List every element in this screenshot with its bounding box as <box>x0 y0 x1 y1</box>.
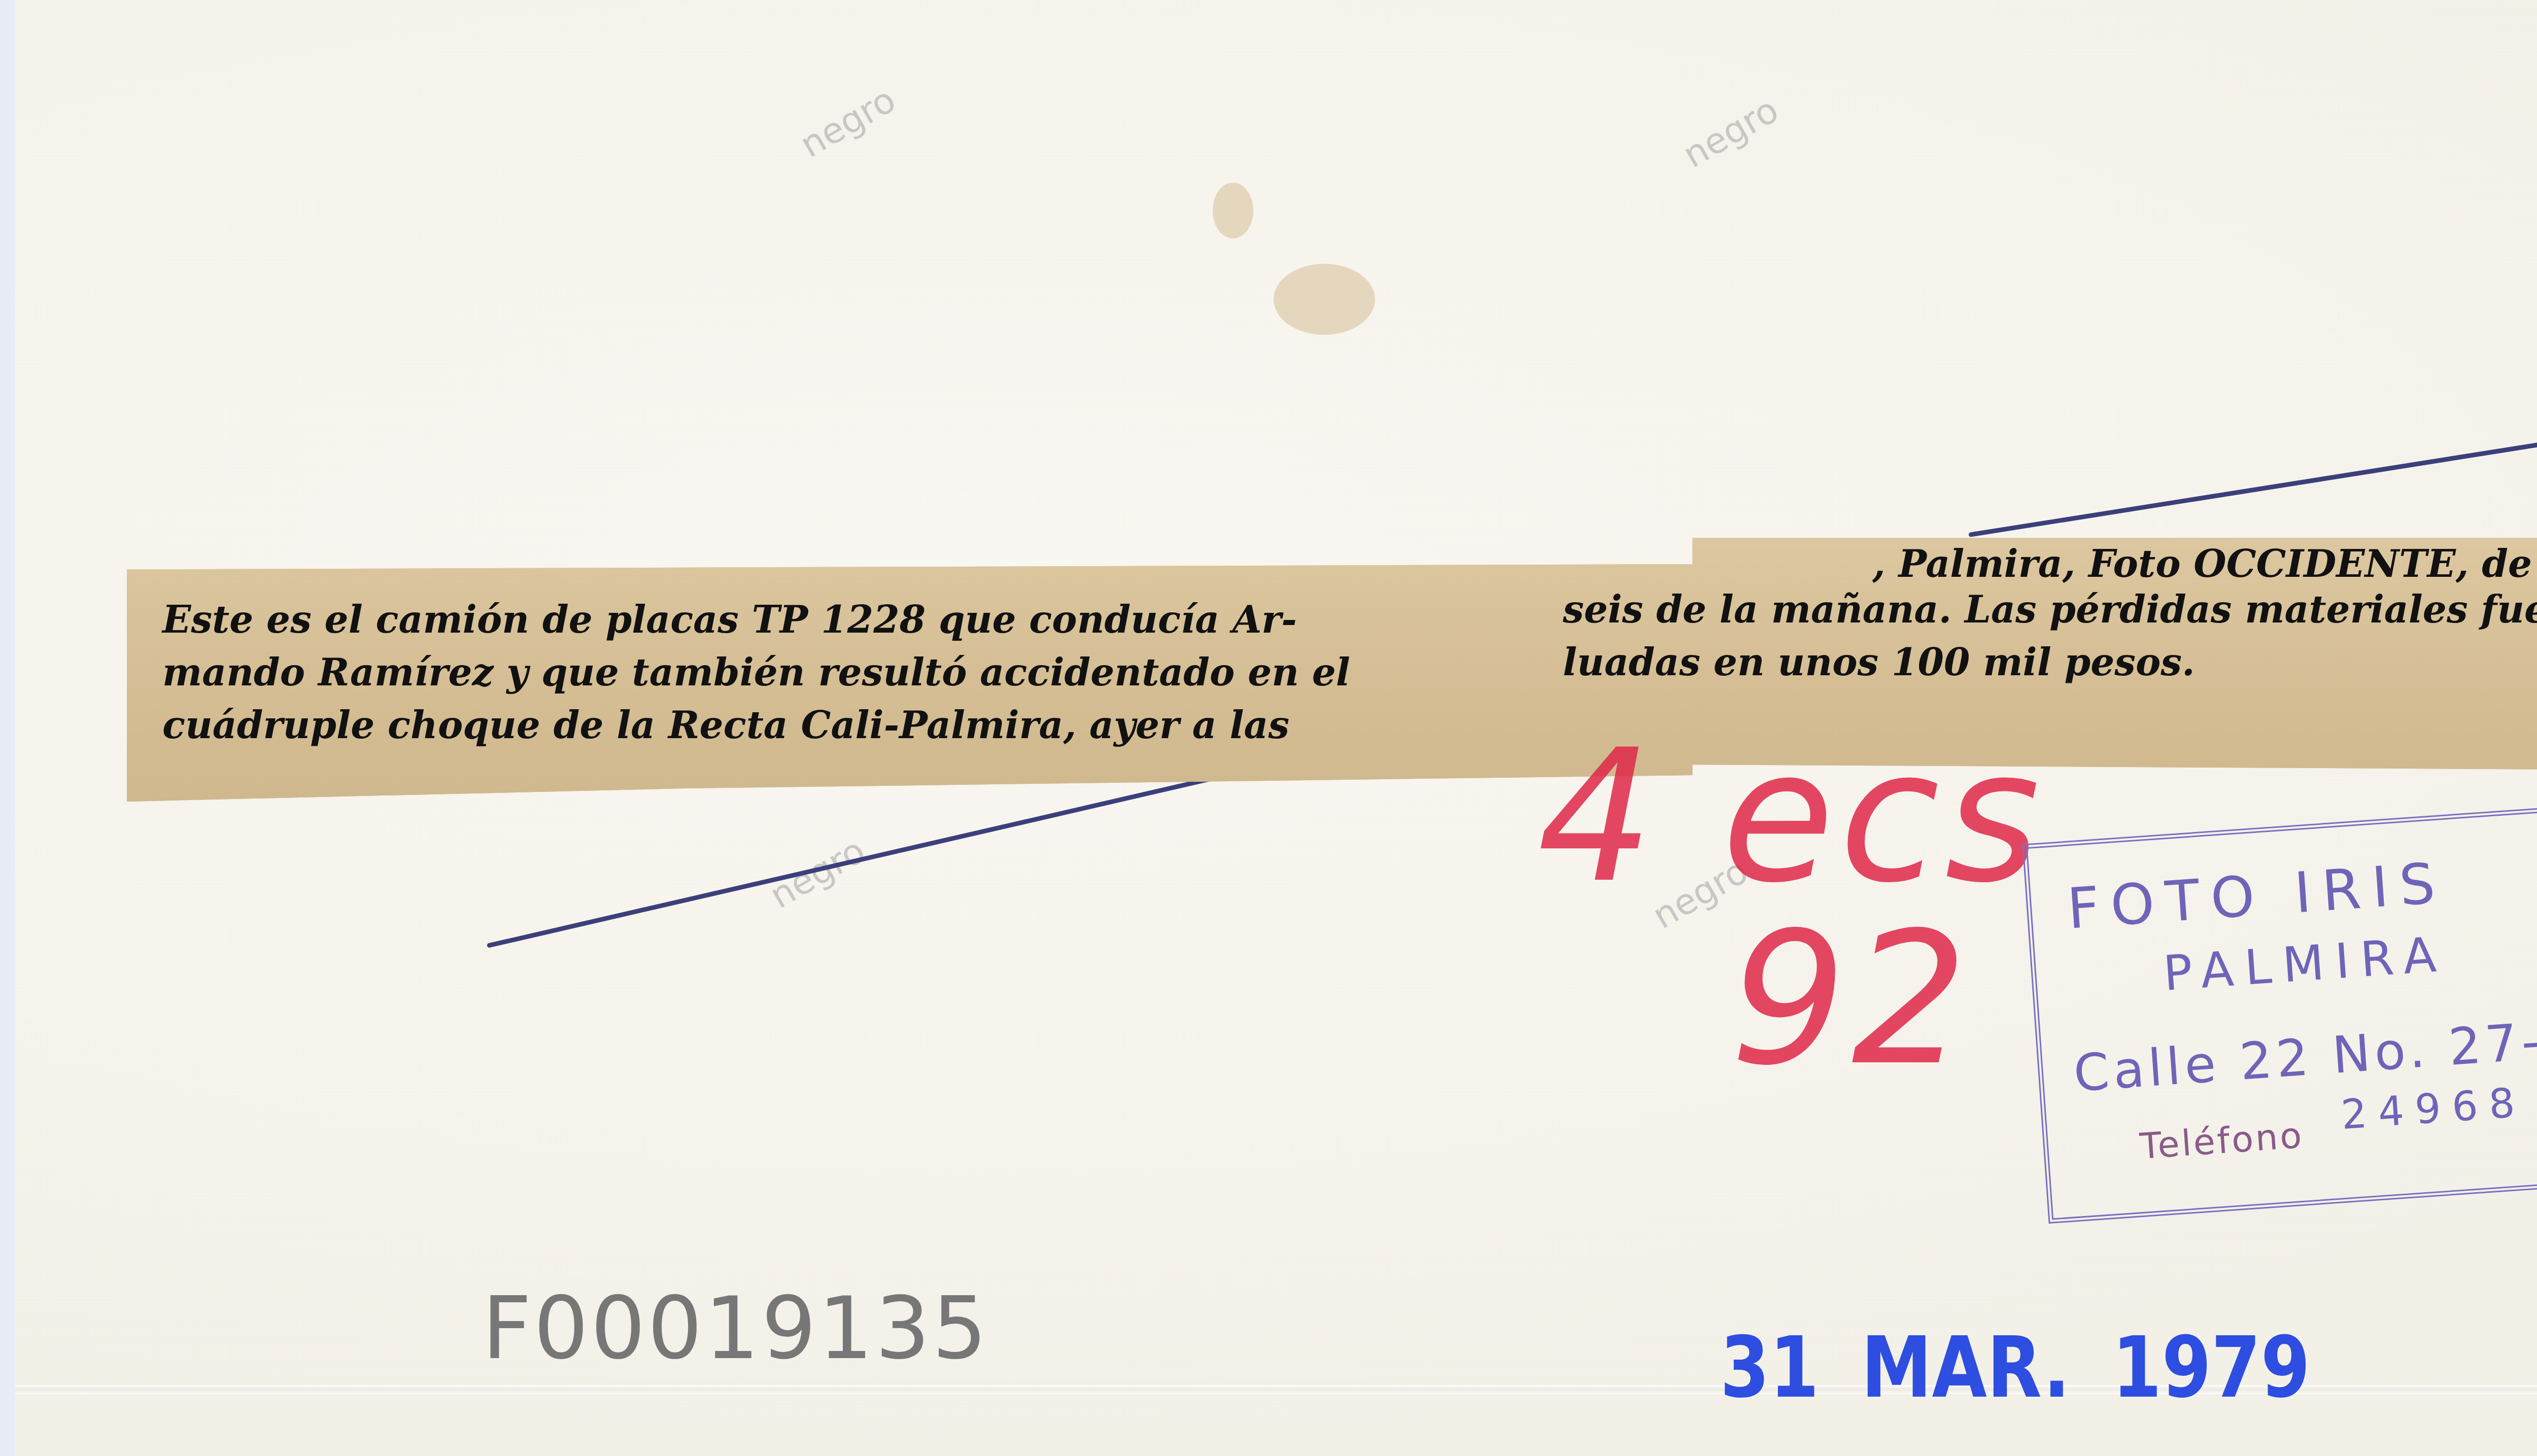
newspaper-clipping: Este es el camión de placas TP 1228 que … <box>127 538 2537 802</box>
clipping-photo-credit: , Palmira, Foto OCCIDENTE, de Víctor Hug… <box>1872 538 2537 591</box>
clipping-right-column: seis de la mañana. Las pérdidas material… <box>1563 583 2537 689</box>
stamp-city: PALMIRA <box>2162 926 2449 1002</box>
stamp-phone-number: 24968 <box>2340 1079 2527 1138</box>
stain <box>1274 264 1375 335</box>
red-pencil-note: 92 <box>1730 893 1973 1105</box>
clipping-left-column: Este es el camión de placas TP 1228 que … <box>162 594 1512 752</box>
red-pencil-note: 4 ecs <box>1537 710 2045 923</box>
clipping-line: mando Ramírez y que también resultó acci… <box>162 646 1512 699</box>
watermark-text: negro <box>1676 89 1786 176</box>
date-stamp: 31 MAR. 1979 <box>1720 1319 2327 1416</box>
inventory-number: F00019135 <box>482 1278 989 1379</box>
clipping-line: seis de la mañana. Las pérdidas material… <box>1563 583 2537 636</box>
watermark-text: negro <box>763 829 872 917</box>
stamp-phone-label: Teléfono <box>2139 1115 2305 1167</box>
date-day: 31 <box>1720 1319 1819 1416</box>
clipping-line: cuádruple choque de la Recta Cali-Palmir… <box>162 699 1512 752</box>
date-month: MAR. <box>1861 1319 2070 1416</box>
photo-back: negro negro negro negro negro Este es el… <box>15 0 2537 1456</box>
date-year: 1979 <box>2112 1319 2310 1416</box>
stain <box>1213 183 1253 238</box>
clipping-line: Este es el camión de placas TP 1228 que … <box>162 594 1512 646</box>
pen-line <box>1968 432 2537 537</box>
watermark-text: negro <box>793 79 903 166</box>
photographer-stamp: FOTO IRIS PALMIRA Calle 22 No. 27-30 Tel… <box>2022 801 2537 1224</box>
stamp-name: FOTO IRIS <box>2065 850 2448 942</box>
clipping-line: luadas en unos 100 mil pesos. <box>1563 636 2537 689</box>
